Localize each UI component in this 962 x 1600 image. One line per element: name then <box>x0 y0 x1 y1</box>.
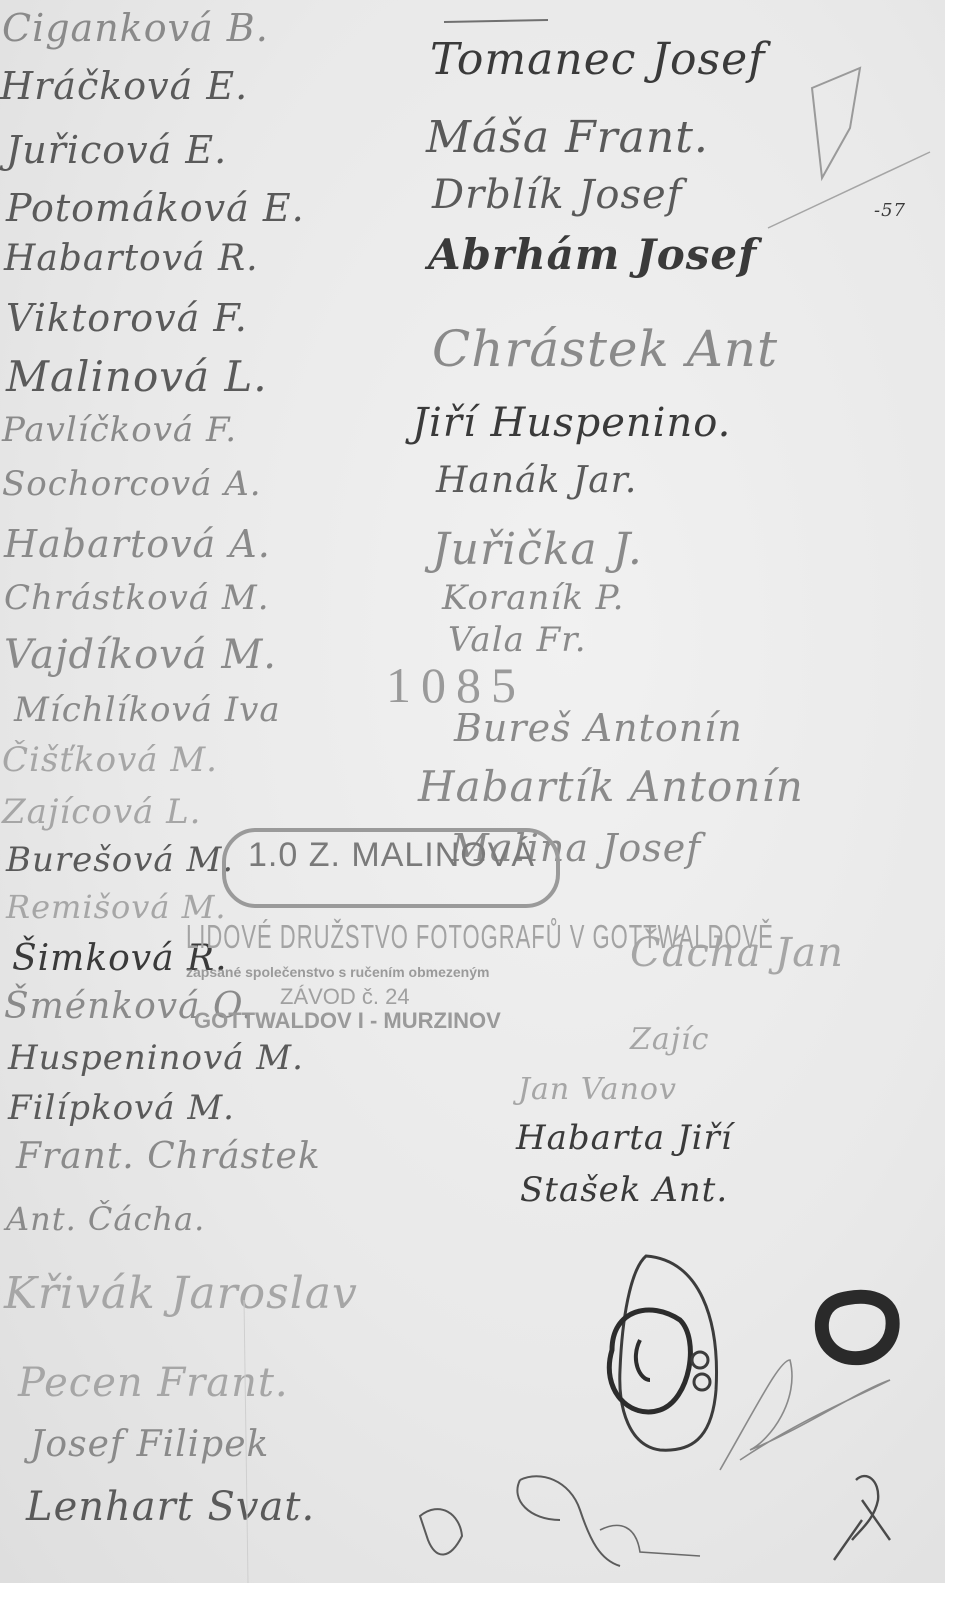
squiggle-icon <box>600 1525 700 1556</box>
scribble-icon <box>720 1360 890 1470</box>
fold-line-icon <box>244 1300 248 1583</box>
dark-ring-doodle-icon <box>822 1297 893 1358</box>
underline-stroke-icon <box>444 20 548 22</box>
pencil-doodles <box>0 0 945 1583</box>
leaf-doodle-icon <box>420 1509 462 1554</box>
tree-doodle-icon <box>834 1476 890 1560</box>
bird-doodle-icon <box>517 1476 620 1566</box>
scan-margin-bottom <box>0 1583 962 1600</box>
egg-doodle-icon <box>609 1256 716 1450</box>
triangle-sketch-icon <box>812 68 860 178</box>
photo-card-back: Ciganková B. Hráčková E. Juřicová E. Pot… <box>0 0 945 1583</box>
diagonal-line-icon <box>768 152 930 228</box>
